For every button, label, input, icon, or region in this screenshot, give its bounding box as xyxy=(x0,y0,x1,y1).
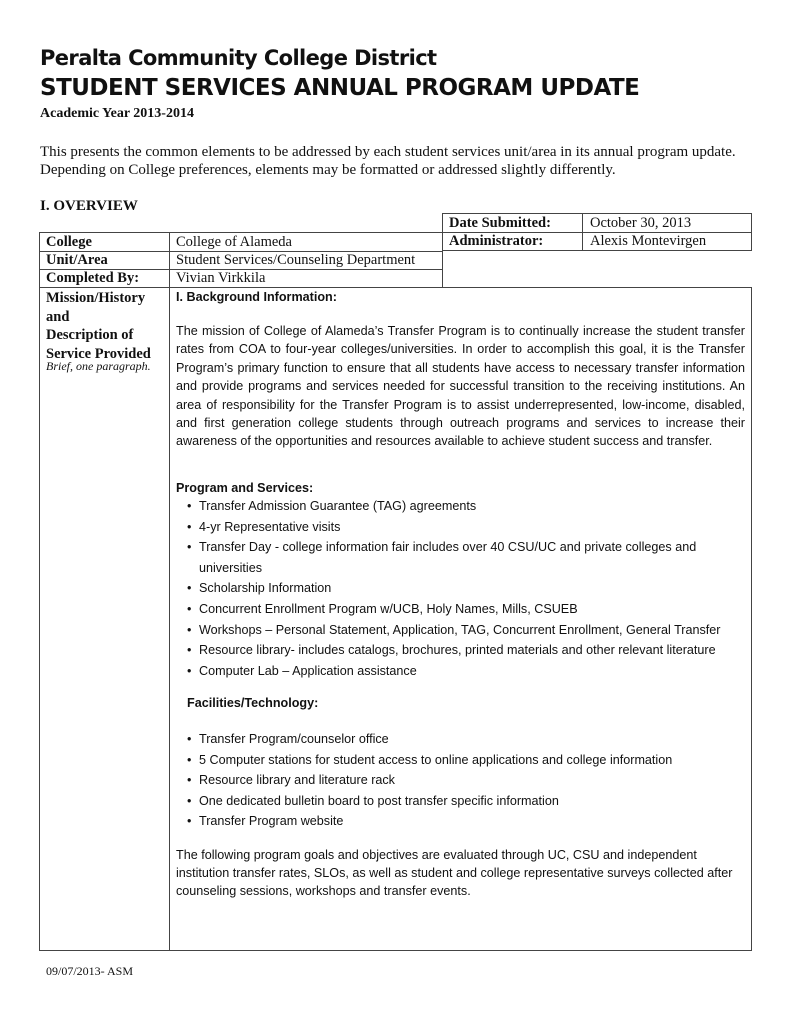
district-name: Peralta Community College District xyxy=(40,45,437,71)
mission-label-line: Mission/History xyxy=(46,289,151,308)
list-item: Resource library and literature rack xyxy=(187,770,747,791)
facilities-list: Transfer Program/counselor office 5 Comp… xyxy=(187,729,747,832)
completed-by-label: Completed By: xyxy=(46,269,139,287)
footer-code: 09/07/2013- ASM xyxy=(46,964,133,979)
background-heading: I. Background Information: xyxy=(176,290,337,304)
list-item: Transfer Program/counselor office xyxy=(187,729,747,750)
list-item: Workshops – Personal Statement, Applicat… xyxy=(187,620,747,641)
mission-label: Mission/History and Description of Servi… xyxy=(46,289,151,363)
list-item: Transfer Program website xyxy=(187,811,747,832)
unit-area-label: Unit/Area xyxy=(46,251,108,269)
unit-area-value: Student Services/Counseling Department xyxy=(176,251,415,269)
mission-hint: Brief, one paragraph. xyxy=(46,359,151,374)
list-item: Transfer Admission Guarantee (TAG) agree… xyxy=(187,496,747,517)
college-value: College of Alameda xyxy=(176,233,292,251)
list-item: 5 Computer stations for student access t… xyxy=(187,750,747,771)
list-item: Scholarship Information xyxy=(187,578,747,599)
list-item: Transfer Day - college information fair … xyxy=(187,537,747,578)
administrator-label: Administrator: xyxy=(449,232,543,250)
list-item: Resource library- includes catalogs, bro… xyxy=(187,640,747,661)
completed-by-value: Vivian Virkkila xyxy=(176,269,265,287)
intro-paragraph: This presents the common elements to be … xyxy=(40,143,740,179)
section-title: I. OVERVIEW xyxy=(40,198,138,215)
facilities-heading: Facilities/Technology: xyxy=(187,696,318,710)
list-item: Computer Lab – Application assistance xyxy=(187,661,747,682)
mission-paragraph: The mission of College of Alameda’s Tran… xyxy=(176,322,745,451)
date-submitted-label: Date Submitted: xyxy=(449,214,551,232)
document-title: STUDENT SERVICES ANNUAL PROGRAM UPDATE xyxy=(40,74,639,102)
date-submitted-value: October 30, 2013 xyxy=(590,214,691,232)
college-label: College xyxy=(46,233,92,251)
administrator-value: Alexis Montevirgen xyxy=(590,232,706,250)
list-item: 4-yr Representative visits xyxy=(187,517,747,538)
list-item: One dedicated bulletin board to post tra… xyxy=(187,791,747,812)
list-item: Concurrent Enrollment Program w/UCB, Hol… xyxy=(187,599,747,620)
mission-label-line: Description of xyxy=(46,326,151,345)
programs-heading: Program and Services: xyxy=(176,481,313,495)
academic-year: Academic Year 2013-2014 xyxy=(40,106,194,122)
evaluation-paragraph: The following program goals and objectiv… xyxy=(176,846,736,900)
programs-list: Transfer Admission Guarantee (TAG) agree… xyxy=(187,496,747,681)
mission-label-line: and xyxy=(46,308,151,327)
